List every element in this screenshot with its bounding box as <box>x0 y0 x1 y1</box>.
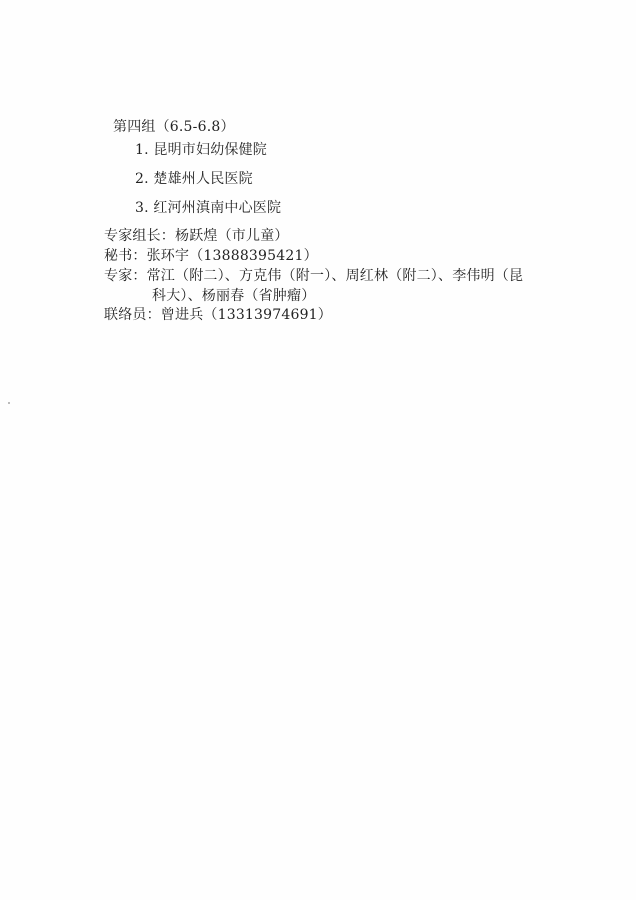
expert-group-leader: 专家组长：杨跃煌（市儿童） <box>104 227 289 245</box>
scan-artifact <box>8 402 10 404</box>
secretary: 秘书：张环宇（13888395421） <box>104 247 318 265</box>
contact-person: 联络员：曾进兵（13313974691） <box>104 306 332 324</box>
experts-list-continued: 科大）、杨丽春（省肿瘤） <box>152 287 315 305</box>
experts-list: 专家：常江（附二）、方克伟（附一）、周红林（附二）、李伟明（昆 <box>104 267 523 285</box>
hospital-item: 2. 楚雄州人民医院 <box>135 170 253 188</box>
hospital-item: 1. 昆明市妇幼保健院 <box>135 141 267 159</box>
group-title: 第四组（6.5-6.8） <box>113 118 235 136</box>
hospital-item: 3. 红河州滇南中心医院 <box>135 199 281 217</box>
scanned-document-page: 第四组（6.5-6.8） 1. 昆明市妇幼保健院 2. 楚雄州人民医院 3. 红… <box>0 0 636 900</box>
